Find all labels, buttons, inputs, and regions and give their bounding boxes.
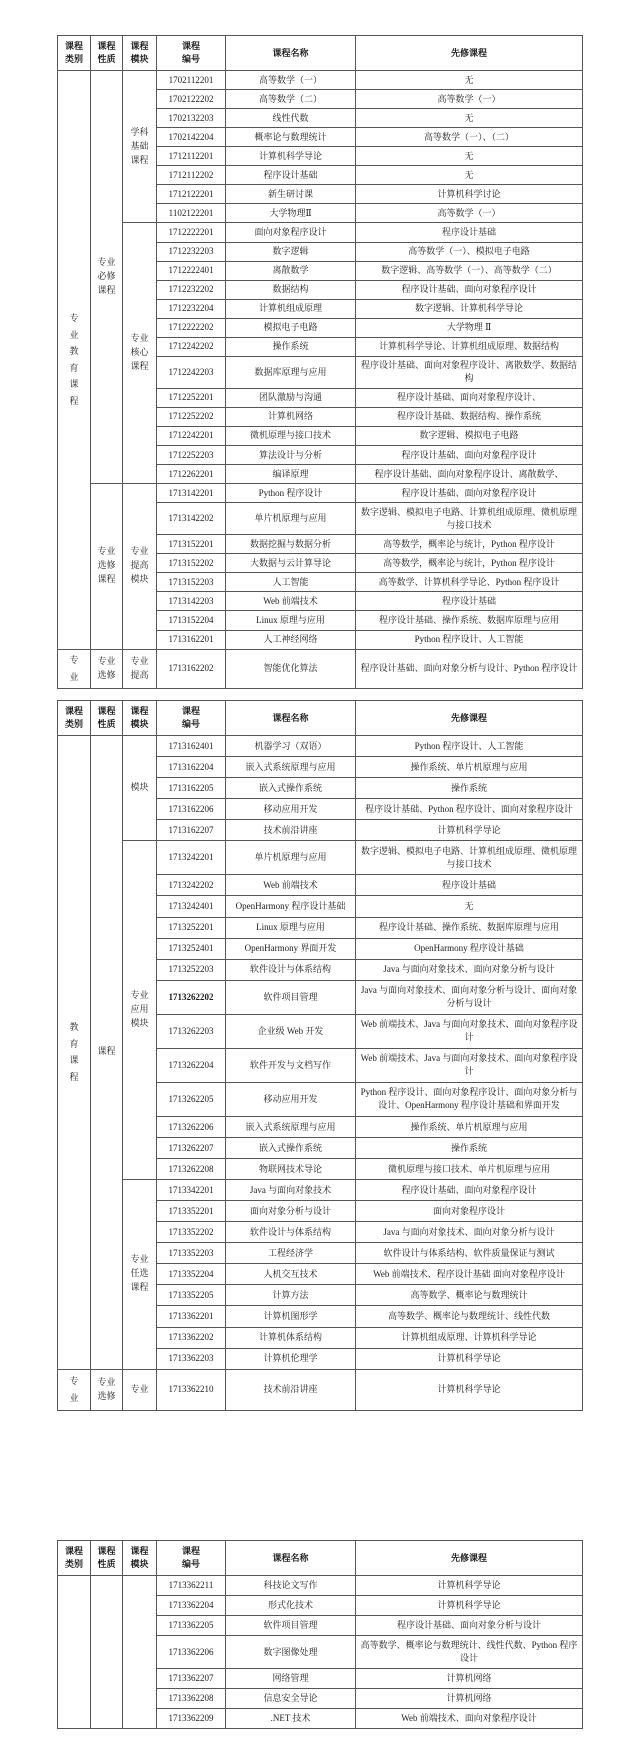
course-code-cell: 1713362211 — [157, 1576, 226, 1596]
module-cell: 专业提高 — [123, 649, 157, 688]
course-name-cell: 技术前沿讲座 — [226, 820, 356, 841]
course-name-cell: 高等数学（二） — [226, 90, 356, 109]
category-cell — [58, 1576, 91, 1729]
course-code-cell: 1713362202 — [157, 1327, 226, 1348]
col-header-name: 课程名称 — [226, 36, 356, 71]
prereq-cell: 计算机科学导论 — [356, 1576, 583, 1596]
course-row: 专业任选课程1713342201Java 与面向对象技术程序设计基础、面向对象程… — [58, 1180, 583, 1201]
header-label: 课程模块 — [130, 1545, 149, 1571]
course-code-cell: 1713352204 — [157, 1264, 226, 1285]
module-cell — [123, 1576, 157, 1729]
prereq-cell: 无 — [356, 166, 583, 185]
course-row: 专业专业选修专业提高1713162202智能优化算法程序设计基础、面向对象分析与… — [58, 649, 583, 688]
category-cell: 专业教育课程 — [58, 71, 91, 649]
prereq-cell: 高等数学（一）、（二） — [356, 128, 583, 147]
course-code-cell: 1713162401 — [157, 736, 226, 757]
course-name-cell: 嵌入式系统原理与应用 — [226, 757, 356, 778]
course-code-cell: 1712112201 — [157, 147, 226, 166]
prereq-cell: 计算机科学导论 — [356, 1348, 583, 1369]
course-code-cell: 1713352203 — [157, 1243, 226, 1264]
course-code-cell: 1102122201 — [157, 204, 226, 223]
course-code-cell: 1713142202 — [157, 503, 226, 535]
course-row: 专业应用模块1713242201单片机原理与应用数字逻辑、模拟电子电路、计算机组… — [58, 841, 583, 875]
course-table-2: 课程类别课程性质课程模块课程编号课程名称先修课程教育课程课程模块17131624… — [57, 700, 583, 1411]
course-name-cell: 嵌入式操作系统 — [226, 778, 356, 799]
course-code-cell: 1702132203 — [157, 109, 226, 128]
course-code-cell: 1713162207 — [157, 820, 226, 841]
header-label: 课程类别 — [65, 1545, 84, 1571]
group-label: 专业必修课程 — [97, 256, 116, 298]
course-name-cell: 人机交互技术 — [226, 1264, 356, 1285]
course-name-cell: Linux 原理与应用 — [226, 611, 356, 630]
course-code-cell: 1713362207 — [157, 1669, 226, 1689]
course-name-cell: 概率论与数理统计 — [226, 128, 356, 147]
course-code-cell: 1702142204 — [157, 128, 226, 147]
course-code-cell: 1713342201 — [157, 1180, 226, 1201]
prereq-cell: 高等数学，概率论与统计，Python 程序设计 — [356, 535, 583, 554]
course-code-cell: 1712232203 — [157, 242, 226, 261]
header-row: 课程类别课程性质课程模块课程编号课程名称先修课程 — [58, 1541, 583, 1576]
col-header-prereq: 先修课程 — [356, 701, 583, 736]
course-code-cell: 1712242202 — [157, 337, 226, 356]
course-code-cell: 1713362210 — [157, 1369, 226, 1410]
course-name-cell: 计算方法 — [226, 1285, 356, 1306]
course-code-cell: 1713142201 — [157, 484, 226, 503]
course-code-cell: 1713262207 — [157, 1138, 226, 1159]
course-name-cell: 数字图像处理 — [226, 1636, 356, 1669]
course-code-cell: 1712232204 — [157, 299, 226, 318]
course-name-cell: 数字逻辑 — [226, 242, 356, 261]
group-label: 教育课程 — [69, 1019, 78, 1086]
category-cell: 专业 — [58, 1369, 91, 1410]
col-header-module: 课程模块 — [123, 36, 157, 71]
prereq-cell: 计算机组成原理、计算机科学导论 — [356, 1327, 583, 1348]
prereq-cell: 大学物理 Ⅱ — [356, 318, 583, 337]
prereq-cell: 计算机科学导论 — [356, 1596, 583, 1616]
course-name-cell: 机器学习（双语） — [226, 736, 356, 757]
course-code-cell: 1713152201 — [157, 535, 226, 554]
prereq-cell: 高等数学、概率论与数理统计、线性代数 — [356, 1306, 583, 1327]
course-name-cell: 人工智能 — [226, 573, 356, 592]
header-label: 先修课程 — [451, 713, 487, 723]
nature-cell: 专业选修 — [91, 649, 123, 688]
course-code-cell: 1712242201 — [157, 426, 226, 445]
course-name-cell: 单片机原理与应用 — [226, 503, 356, 535]
prereq-cell: 无 — [356, 109, 583, 128]
course-name-cell: 计算机组成原理 — [226, 299, 356, 318]
course-name-cell: 软件项目管理 — [226, 980, 356, 1014]
course-name-cell: 离散数学 — [226, 261, 356, 280]
course-code-cell: 1702112201 — [157, 71, 226, 90]
module-cell: 专业核心课程 — [123, 223, 157, 484]
course-code-cell: 1713242401 — [157, 896, 226, 917]
course-code-cell: 1712222401 — [157, 261, 226, 280]
course-code-cell: 1713362209 — [157, 1709, 226, 1729]
course-name-cell: 编译原理 — [226, 465, 356, 484]
prereq-cell: 计算机网络 — [356, 1689, 583, 1709]
course-name-cell: 软件项目管理 — [226, 1616, 356, 1636]
course-name-cell: 科技论文写作 — [226, 1576, 356, 1596]
prereq-cell: 微机原理与接口技术、单片机原理与应用 — [356, 1159, 583, 1180]
course-name-cell: 嵌入式操作系统 — [226, 1138, 356, 1159]
course-code-cell: 1712242203 — [157, 356, 226, 388]
module-cell: 模块 — [123, 736, 157, 841]
course-name-cell: 单片机原理与应用 — [226, 841, 356, 875]
course-code-cell: 1713262205 — [157, 1082, 226, 1116]
prereq-cell: 高等数学（一） — [356, 204, 583, 223]
course-row: 专业教育课程专业必修课程学科基础课程1702112201高等数学（一）无 — [58, 71, 583, 90]
group-label: 专业 — [69, 1373, 78, 1406]
course-name-cell: .NET 技术 — [226, 1709, 356, 1729]
course-name-cell: 形式化技术 — [226, 1596, 356, 1616]
prereq-cell: 数字逻辑、计算机科学导论 — [356, 299, 583, 318]
course-name-cell: 人工神经网络 — [226, 630, 356, 649]
col-header-nature: 课程性质 — [91, 701, 123, 736]
group-label: 专业教育课程 — [69, 310, 78, 410]
col-header-code: 课程编号 — [157, 701, 226, 736]
course-name-cell: 软件设计与体系结构 — [226, 1222, 356, 1243]
prereq-cell: 高等数学，概率论与统计，Python 程序设计 — [356, 554, 583, 573]
group-label: 学科基础课程 — [130, 126, 149, 168]
header-row: 课程类别课程性质课程模块课程编号课程名称先修课程 — [58, 701, 583, 736]
header-label: 先修课程 — [451, 48, 487, 58]
course-code-cell: 1712252203 — [157, 446, 226, 465]
prereq-cell: 程序设计基础、面向对象程序设计 — [356, 1180, 583, 1201]
course-code-cell: 1713252201 — [157, 917, 226, 938]
nature-cell: 专业选修课程 — [91, 484, 123, 649]
course-code-cell: 1713362205 — [157, 1616, 226, 1636]
prereq-cell: 程序设计基础、操作系统、数据库原理与应用 — [356, 611, 583, 630]
course-name-cell: 操作系统 — [226, 337, 356, 356]
course-name-cell: Java 与面向对象技术 — [226, 1180, 356, 1201]
prereq-cell: 程序设计基础 — [356, 875, 583, 896]
prereq-cell: Web 前端技术、程序设计基础 面向对象程序设计 — [356, 1264, 583, 1285]
header-label: 课程名称 — [272, 48, 308, 58]
course-code-cell: 1712262201 — [157, 465, 226, 484]
course-code-cell: 1712252201 — [157, 388, 226, 407]
course-row: 1713362211科技论文写作计算机科学导论 — [58, 1576, 583, 1596]
col-header-nature: 课程性质 — [91, 1541, 123, 1576]
course-name-cell: 高等数学（一） — [226, 71, 356, 90]
prereq-cell: 计算机科学导论 — [356, 820, 583, 841]
col-header-prereq: 先修课程 — [356, 1541, 583, 1576]
prereq-cell: 高等数学、概率论与数理统计、线性代数、Python 程序设计 — [356, 1636, 583, 1669]
group-label: 专业 — [130, 1383, 149, 1397]
group-label: 课程 — [97, 1045, 116, 1059]
prereq-cell: 高等数学、计算机科学导论、Python 程序设计 — [356, 573, 583, 592]
prereq-cell: 软件设计与体系结构、软件质量保证与测试 — [356, 1243, 583, 1264]
course-code-cell: 1712222201 — [157, 223, 226, 242]
course-code-cell: 1713252203 — [157, 959, 226, 980]
header-label: 课程类别 — [65, 40, 84, 66]
course-code-cell: 1713152204 — [157, 611, 226, 630]
course-name-cell: 面向对象程序设计 — [226, 223, 356, 242]
course-table-1: 课程类别课程性质课程模块课程编号课程名称先修课程专业教育课程专业必修课程学科基础… — [57, 35, 583, 689]
prereq-cell: 数字逻辑、高等数学（一）、高等数学（二） — [356, 261, 583, 280]
course-code-cell: 1713262202 — [157, 980, 226, 1014]
prereq-cell: 程序设计基础、面向对象分析与设计 — [356, 1616, 583, 1636]
group-label: 专业核心课程 — [130, 332, 149, 374]
header-label: 课程性质 — [97, 40, 116, 66]
group-label: 专业选修 — [97, 1376, 116, 1404]
category-cell: 教育课程 — [58, 736, 91, 1370]
course-row: 专业选修课程专业提高模块1713142201Python 程序设计程序设计基础、… — [58, 484, 583, 503]
course-name-cell: 面向对象分析与设计 — [226, 1201, 356, 1222]
group-label: 专业 — [69, 652, 78, 685]
prereq-cell: Python 程序设计、面向对象程序设计、面向对象分析与设计、OpenHarmo… — [356, 1082, 583, 1116]
group-label: 模块 — [130, 781, 149, 795]
course-name-cell: 信息安全导论 — [226, 1689, 356, 1709]
prereq-cell: 操作系统、单片机原理与应用 — [356, 1117, 583, 1138]
course-name-cell: 线性代数 — [226, 109, 356, 128]
col-header-nature: 课程性质 — [91, 36, 123, 71]
course-name-cell: 大学物理Ⅱ — [226, 204, 356, 223]
header-row: 课程类别课程性质课程模块课程编号课程名称先修课程 — [58, 36, 583, 71]
prereq-cell: 计算机网络 — [356, 1669, 583, 1689]
module-cell: 专业提高模块 — [123, 484, 157, 649]
group-label: 专业选修课程 — [97, 545, 116, 587]
prereq-cell: 高等数学、概率论与数理统计 — [356, 1285, 583, 1306]
header-label: 先修课程 — [451, 1553, 487, 1563]
col-header-module: 课程模块 — [123, 701, 157, 736]
course-name-cell: 技术前沿讲座 — [226, 1369, 356, 1410]
col-header-category: 课程类别 — [58, 701, 91, 736]
course-name-cell: 嵌入式系统原理与应用 — [226, 1117, 356, 1138]
prereq-cell: 无 — [356, 147, 583, 166]
prereq-cell: 高等数学（一）、模拟电子电路 — [356, 242, 583, 261]
prereq-cell: 程序设计基础、面向对象程序设计、离散数学、 — [356, 465, 583, 484]
prereq-cell: 程序设计基础、面向对象程序设计 — [356, 280, 583, 299]
prereq-cell: 计算机科学导论、计算机组成原理、数据结构 — [356, 337, 583, 356]
course-name-cell: 微机原理与接口技术 — [226, 426, 356, 445]
course-code-cell: 1713242202 — [157, 875, 226, 896]
prereq-cell: 程序设计基础、面向对象分析与设计、Python 程序设计 — [356, 649, 583, 688]
prereq-cell: 数字逻辑、模拟电子电路、计算机组成原理、微机原理与接口技术 — [356, 841, 583, 875]
course-code-cell: 1713352205 — [157, 1285, 226, 1306]
course-code-cell: 1712112202 — [157, 166, 226, 185]
course-code-cell: 1712232202 — [157, 280, 226, 299]
prereq-cell: 数字逻辑、模拟电子电路、计算机组成原理、微机原理与接口技术 — [356, 503, 583, 535]
prereq-cell: 无 — [356, 71, 583, 90]
prereq-cell: OpenHarmony 程序设计基础 — [356, 938, 583, 959]
module-cell: 学科基础课程 — [123, 71, 157, 223]
course-name-cell: 团队激励与沟通 — [226, 388, 356, 407]
course-name-cell: 数据结构 — [226, 280, 356, 299]
course-code-cell: 1712222202 — [157, 318, 226, 337]
header-label: 课程名称 — [272, 1553, 308, 1563]
course-name-cell: 移动应用开发 — [226, 1082, 356, 1116]
nature-cell — [91, 1576, 123, 1729]
course-code-cell: 1712122201 — [157, 185, 226, 204]
prereq-cell: Java 与面向对象技术、面向对象分析与设计 — [356, 959, 583, 980]
prereq-cell: Web 前端技术、面向对象程序设计 — [356, 1709, 583, 1729]
course-name-cell: 数据挖掘与数据分析 — [226, 535, 356, 554]
nature-cell: 专业选修 — [91, 1369, 123, 1410]
header-label: 课程名称 — [272, 713, 308, 723]
course-code-cell: 1713152203 — [157, 573, 226, 592]
course-code-cell: 1713362208 — [157, 1689, 226, 1709]
prereq-cell: 数字逻辑、模拟电子电路 — [356, 426, 583, 445]
prereq-cell: 无 — [356, 896, 583, 917]
course-code-cell: 1713152202 — [157, 554, 226, 573]
prereq-cell: 程序设计基础、数据结构、操作系统 — [356, 407, 583, 426]
course-code-cell: 1713162201 — [157, 630, 226, 649]
course-name-cell: Web 前端技术 — [226, 592, 356, 611]
group-label: 专业提高 — [130, 655, 149, 683]
header-label: 课程编号 — [182, 40, 201, 66]
prereq-cell: 计算机科学讨论 — [356, 185, 583, 204]
col-header-module: 课程模块 — [123, 1541, 157, 1576]
course-name-cell: Web 前端技术 — [226, 875, 356, 896]
header-label: 课程编号 — [182, 705, 201, 731]
course-name-cell: Python 程序设计 — [226, 484, 356, 503]
course-code-cell: 1713142203 — [157, 592, 226, 611]
nature-cell: 课程 — [91, 736, 123, 1370]
header-label: 课程性质 — [97, 705, 116, 731]
course-name-cell: 大数据与云计算导论 — [226, 554, 356, 573]
group-label: 专业选修 — [97, 655, 116, 683]
course-name-cell: 计算机体系结构 — [226, 1327, 356, 1348]
course-name-cell: 程序设计基础 — [226, 166, 356, 185]
prereq-cell: 操作系统 — [356, 1138, 583, 1159]
course-name-cell: 模拟电子电路 — [226, 318, 356, 337]
course-code-cell: 1713252401 — [157, 938, 226, 959]
module-cell: 专业应用模块 — [123, 841, 157, 1180]
course-name-cell: 算法设计与分析 — [226, 446, 356, 465]
course-code-cell: 1713162205 — [157, 778, 226, 799]
group-label: 专业应用模块 — [130, 989, 149, 1031]
course-code-cell: 1713262203 — [157, 1014, 226, 1048]
prereq-cell: 程序设计基础、操作系统、数据库原理与应用 — [356, 917, 583, 938]
prereq-cell: 操作系统 — [356, 778, 583, 799]
course-name-cell: 计算机伦理学 — [226, 1348, 356, 1369]
nature-cell: 专业必修课程 — [91, 71, 123, 484]
course-code-cell: 1713162206 — [157, 799, 226, 820]
prereq-cell: 程序设计基础 — [356, 592, 583, 611]
prereq-cell: 程序设计基础、Python 程序设计、面向对象程序设计 — [356, 799, 583, 820]
header-label: 课程类别 — [65, 705, 84, 731]
prereq-cell: 高等数学（一） — [356, 90, 583, 109]
course-name-cell: 计算机网络 — [226, 407, 356, 426]
course-code-cell: 1713362206 — [157, 1636, 226, 1669]
header-label: 课程模块 — [130, 40, 149, 66]
prereq-cell: 面向对象程序设计 — [356, 1201, 583, 1222]
header-label: 课程编号 — [182, 1545, 201, 1571]
prereq-cell: Java 与面向对象技术、面向对象分析与设计、面向对象分析与设计 — [356, 980, 583, 1014]
course-name-cell: 新生研讨课 — [226, 185, 356, 204]
prereq-cell: Java 与面向对象技术、面向对象分析与设计 — [356, 1222, 583, 1243]
course-row: 专业专业选修专业1713362210技术前沿讲座计算机科学导论 — [58, 1369, 583, 1410]
category-cell: 专业 — [58, 649, 91, 688]
module-cell: 专业任选课程 — [123, 1180, 157, 1369]
course-code-cell: 1713162202 — [157, 649, 226, 688]
col-header-name: 课程名称 — [226, 1541, 356, 1576]
col-header-prereq: 先修课程 — [356, 36, 583, 71]
prereq-cell: Python 程序设计、人工智能 — [356, 630, 583, 649]
prereq-cell: 程序设计基础、面向对象程序设计 — [356, 484, 583, 503]
course-name-cell: 数据库原理与应用 — [226, 356, 356, 388]
course-name-cell: OpenHarmony 程序设计基础 — [226, 896, 356, 917]
prereq-cell: 程序设计基础 — [356, 223, 583, 242]
course-name-cell: 软件设计与体系结构 — [226, 959, 356, 980]
course-row: 专业核心课程1712222201面向对象程序设计程序设计基础 — [58, 223, 583, 242]
course-code-cell: 1713262206 — [157, 1117, 226, 1138]
course-code-cell: 1713262204 — [157, 1048, 226, 1082]
prereq-cell: 程序设计基础、面向对象程序设计、 — [356, 388, 583, 407]
course-name-cell: 工程经济学 — [226, 1243, 356, 1264]
header-label: 课程模块 — [130, 705, 149, 731]
header-label: 课程性质 — [97, 1545, 116, 1571]
course-name-cell: 移动应用开发 — [226, 799, 356, 820]
prereq-cell: 程序设计基础、面向对象程序设计 — [356, 446, 583, 465]
prereq-cell: Web 前端技术、Java 与面向对象技术、面向对象程序设计 — [356, 1048, 583, 1082]
group-label: 专业提高模块 — [130, 545, 149, 587]
course-code-cell: 1713352202 — [157, 1222, 226, 1243]
course-code-cell: 1713162204 — [157, 757, 226, 778]
course-code-cell: 1713362204 — [157, 1596, 226, 1616]
prereq-cell: 操作系统、单片机原理与应用 — [356, 757, 583, 778]
module-cell: 专业 — [123, 1369, 157, 1410]
course-name-cell: Linux 原理与应用 — [226, 917, 356, 938]
course-name-cell: 企业级 Web 开发 — [226, 1014, 356, 1048]
col-header-code: 课程编号 — [157, 36, 226, 71]
col-header-category: 课程类别 — [58, 36, 91, 71]
course-name-cell: 网络管理 — [226, 1669, 356, 1689]
course-name-cell: 智能优化算法 — [226, 649, 356, 688]
prereq-cell: 程序设计基础、面向对象程序设计、离散数学、数据结构 — [356, 356, 583, 388]
prereq-cell: Web 前端技术、Java 与面向对象技术、面向对象程序设计 — [356, 1014, 583, 1048]
course-code-cell: 1713362201 — [157, 1306, 226, 1327]
course-name-cell: 计算机科学导论 — [226, 147, 356, 166]
course-table-3: 课程类别课程性质课程模块课程编号课程名称先修课程1713362211科技论文写作… — [57, 1540, 583, 1729]
course-code-cell: 1713352201 — [157, 1201, 226, 1222]
course-code-cell: 1713242201 — [157, 841, 226, 875]
course-name-cell: 物联网技术导论 — [226, 1159, 356, 1180]
course-name-cell: 计算机图形学 — [226, 1306, 356, 1327]
col-header-name: 课程名称 — [226, 701, 356, 736]
course-name-cell: OpenHarmony 界面开发 — [226, 938, 356, 959]
prereq-cell: Python 程序设计、人工智能 — [356, 736, 583, 757]
col-header-code: 课程编号 — [157, 1541, 226, 1576]
course-name-cell: 软件开发与文档写作 — [226, 1048, 356, 1082]
course-code-cell: 1712252202 — [157, 407, 226, 426]
course-code-cell: 1713262208 — [157, 1159, 226, 1180]
group-label: 专业任选课程 — [130, 1253, 149, 1295]
course-row: 教育课程课程模块1713162401机器学习（双语）Python 程序设计、人工… — [58, 736, 583, 757]
course-code-cell: 1702122202 — [157, 90, 226, 109]
col-header-category: 课程类别 — [58, 1541, 91, 1576]
prereq-cell: 计算机科学导论 — [356, 1369, 583, 1410]
course-code-cell: 1713362203 — [157, 1348, 226, 1369]
